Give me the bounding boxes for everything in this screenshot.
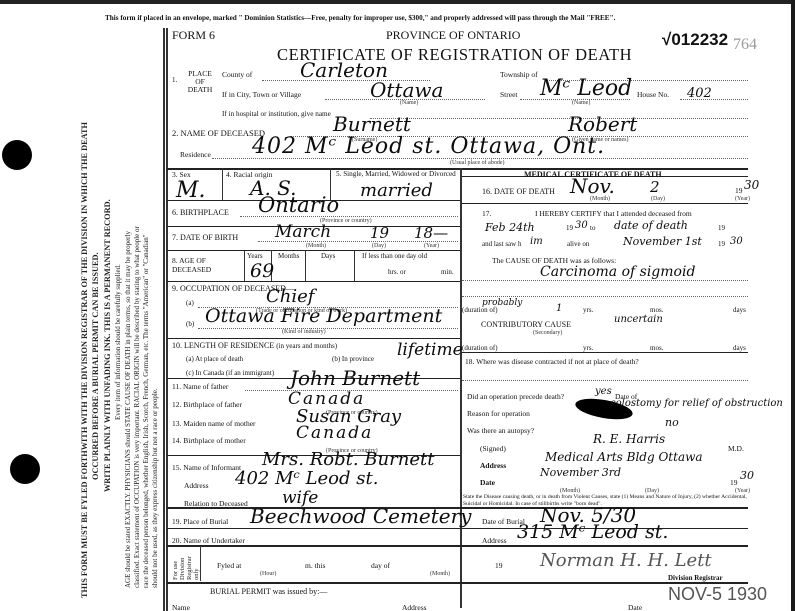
death-year[interactable]: 30 [744,178,759,192]
permit-name-label: Name [172,603,190,611]
divider [167,250,460,251]
age-min-label: min. [441,268,454,276]
signed-label: (Signed) [480,444,506,453]
physician-address-label: Address [480,461,506,470]
attended-from-year[interactable]: 30 [575,220,588,231]
dob-month-sub: (Month) [306,243,326,249]
punch-hole-top [2,140,32,170]
age-less-label: If less than one day old [362,252,427,260]
side-line-2: OCCURRED BEFORE A BURIAL PERMIT CAN BE I… [91,252,100,480]
col-divider [222,168,223,200]
registrar-19: 19 [495,561,503,570]
certify-num: 17. [482,209,491,218]
cert-date-label: Date [480,478,495,487]
side-line-6: classified. Exact statement of OCCUPATIO… [133,226,141,588]
street-sub: (Name) [572,100,590,106]
contributory-label: CONTRIBUTORY CAUSE [481,320,571,329]
attended-to[interactable]: date of death [614,219,688,232]
dob-month[interactable]: March [275,222,331,242]
informant-label: 15. Name of Informant [172,463,241,472]
age-months-label: Months [278,252,299,260]
father-value[interactable]: John Burnett [290,366,420,390]
cause-value[interactable]: Carcinoma of sigmoid [540,264,695,280]
death-day-sub: (Day) [651,196,665,202]
mos2-label: mos. [650,344,663,352]
physician-address-value[interactable]: Medical Arts Bldg Ottawa [545,450,703,464]
age-days-label: Days [321,252,335,260]
col-divider [244,251,245,281]
occupation-a-value[interactable]: Chief [266,286,314,307]
side-line-4: Every item of information should be care… [114,264,122,420]
city-value[interactable]: Ottawa [370,78,443,102]
yrs-label: yrs. [583,306,593,314]
burial-place-value[interactable]: Beechwood Cemetery [250,504,471,528]
last-saw-label: and last saw h [482,240,521,248]
form-left-border-inner [166,28,168,611]
days-label: days [733,306,746,314]
death-month-sub: (Month) [590,196,610,202]
attended-to-label: to [590,224,595,232]
contracted-label: 18. Where was disease contracted if not … [465,357,639,366]
m-this-label: m. this [305,561,325,570]
physician-signature[interactable]: R. E. Harris [593,432,665,446]
contracted-line [462,380,748,381]
dob-day[interactable]: 19 [370,224,389,242]
death-month[interactable]: Nov. [570,174,615,198]
divider [167,281,460,282]
mos-label: mos. [650,306,663,314]
form-left-border [163,28,165,611]
city-label: If in City, Town or Village [222,90,301,99]
side-line-1: THIS FORM MUST BE FYLED FORTHWITH WITH T… [80,122,89,598]
registrar-box-border [200,546,201,581]
death-date-label: 16. DATE OF DEATH [482,187,555,196]
mother-birthplace-value[interactable]: Canada [296,423,373,443]
contributory-value[interactable]: uncertain [614,314,663,325]
undertaker-label: 20. Name of Undertaker [172,536,245,545]
hour-sub: (Hour) [260,571,276,577]
occupation-b-label: (b) [186,320,194,328]
certificate-number: √012232 [662,30,728,50]
side-line-8: should not be used, as they express citi… [151,388,159,588]
dob-year[interactable]: 18— [414,224,448,242]
duration-years[interactable]: 1 [556,303,562,314]
occupation-b-value[interactable]: Ottawa Fire Department [205,305,442,327]
last-seen-19: 19 [718,240,725,248]
alive-on-label: alive on [567,240,589,248]
place-of-death-label: PLACE OF DEATH [185,70,215,94]
birthplace-label: 6. BIRTHPLACE [172,208,229,217]
residence-sub: (Usual place of abode) [450,160,504,166]
attended-to-19: 19 [718,224,725,232]
operation-value[interactable]: yes [595,386,612,397]
permit-date-label: Date [628,603,642,611]
father-label: 11. Name of father [172,382,228,391]
marital-label: 5. Single, Married, Widowed or Divorced [336,170,456,178]
divider [462,203,748,204]
attended-from-19: 19 [566,224,573,232]
col-divider [305,251,306,281]
pronoun-value[interactable]: im [530,236,543,247]
informant-value[interactable]: Mrs. Robt. Burnett [262,449,434,470]
township-label: Township of [500,70,538,79]
death-day[interactable]: 2 [650,178,660,196]
residence-c-label: (c) In Canada (if an immigrant) [186,369,274,377]
age-years-label: Years [247,252,263,260]
yrs2-label: yrs. [583,344,593,352]
occupation-a-label: (a) [186,299,194,307]
marital-value[interactable]: married [360,180,433,201]
right-border [791,0,795,611]
registrar-box-label: For use Division Registrar only [172,546,200,580]
burial-permit-label: BURIAL PERMIT was issued by:— [210,587,327,596]
medical-note: State the Disease causing death, or in d… [463,494,750,507]
occupation-b-sub: (Kind of industry) [282,329,326,335]
residence-length-label: 10. LENGTH OF RESIDENCE (in years and mo… [172,341,337,350]
dob-day-sub: (Day) [372,243,386,249]
side-line-5: AGE should be stated EXACTLY. PHYSICIANS… [124,231,132,588]
death-year-sub: (Year) [735,196,750,202]
side-line-3: WRITE PLAINLY WITH UNFADING INK. THIS IS… [103,199,112,492]
age-hrs-label: hrs. or [388,268,406,276]
surname-value[interactable]: Burnett [333,112,411,136]
cause-line [462,280,748,281]
given-name-value[interactable]: Robert [568,112,637,136]
medical-divider [460,168,462,608]
dob-label: 7. DATE OF BIRTH [172,233,238,242]
death-year-prefix: 19 [735,186,743,195]
residence-b-value[interactable]: lifetime [397,340,463,360]
operation-label: Did an operation precede death? [467,392,564,401]
undertaker-address-label: Address [482,536,507,545]
stamp-number: 764 [733,36,757,54]
cert-year-prefix: 19 [730,478,738,487]
undertaker-address-value[interactable]: 315 Mᶜ Leod st. [517,521,668,543]
days2-label: days [733,344,746,352]
registrar-signature: Norman H. H. Lett [540,550,712,571]
county-label: County of [222,70,252,79]
side-line-7: race the deceased person belonged, wheth… [142,234,150,588]
divider [167,545,748,547]
age-years-value[interactable]: 69 [250,260,274,282]
autopsy-value[interactable]: no [665,416,679,429]
residence-b-label: (b) In province [332,355,374,363]
last-seen-year[interactable]: 30 [730,236,743,247]
permit-date-stamp: NOV-5 1930 [668,584,767,605]
occupation-b-line [198,328,458,329]
autopsy-label: Was there an autopsy? [467,426,534,435]
residence-a-label: (a) At place of death [186,355,243,363]
age-label: 8. AGE OF DECEASED [172,256,232,274]
province: PROVINCE OF ONTARIO [386,28,520,43]
residence-length-hint: (in years and months) [276,342,337,350]
place-of-death-num: 1. [172,76,177,84]
mother-birthplace-label: 14. Birthplace of mother [172,436,246,445]
operation-reason-label: Reason for operation [467,409,530,418]
last-seen-date[interactable]: November 1st [623,235,702,248]
contributory-sub: (Secondary) [533,330,562,336]
hospital-label: If in hospital or institution, give name [222,110,331,118]
deceased-num: 2. [172,128,178,138]
day-of-label: day of [371,561,390,570]
dob-year-sub: (Year) [424,243,439,249]
fyled-label: Fyled at [217,561,241,570]
month-sub: (Month) [430,571,450,577]
house-no-value[interactable]: 402 [687,86,712,101]
hospital-line [370,118,748,119]
md-label: M.D. [728,444,744,453]
birthplace-value[interactable]: Ontario [258,193,339,217]
divider [462,352,748,353]
duration-note[interactable]: probably [482,298,522,308]
form-number: FORM 6 [172,28,215,43]
mother-label: 13. Maiden name of mother [172,419,256,428]
burial-place-label: 19. Place of Burial [172,517,228,526]
mail-notice: This form if placed in an envelope, mark… [105,14,615,22]
punch-hole-bottom [10,454,40,484]
duration2-label: (duration of) [462,344,498,352]
divider [167,338,460,339]
residence-length-label-text: 10. LENGTH OF RESIDENCE [172,341,274,350]
top-border [0,0,795,4]
residence-label: Residence [180,150,211,159]
divider [167,582,748,584]
informant-address-label: Address [184,481,209,490]
cert-year[interactable]: 30 [740,469,754,482]
street-value[interactable]: Mᶜ Leod [540,76,632,101]
permit-address-label: Address [402,603,427,611]
residence-value[interactable]: 402 Mᶜ Leod st. Ottawa, Ont. [252,134,605,159]
informant-address-value[interactable]: 402 Mᶜ Leod st. [235,468,378,489]
cert-date-month[interactable]: November 3rd [540,466,621,479]
father-birthplace-label: 12. Birthplace of father [172,400,242,409]
city-sub: (Name) [400,100,418,106]
cause-line-2 [462,296,748,297]
certify-text: I HEREBY CERTIFY that I attended decease… [535,209,692,218]
attended-from[interactable]: Feb 24th [485,221,535,234]
registrar-title: Division Registrar [668,574,723,582]
house-no-label: House No. [637,90,669,99]
street-label: Street [500,90,518,99]
operation-reason-value[interactable]: colostomy for relief of obstruction [610,398,783,409]
col-divider [354,251,355,281]
